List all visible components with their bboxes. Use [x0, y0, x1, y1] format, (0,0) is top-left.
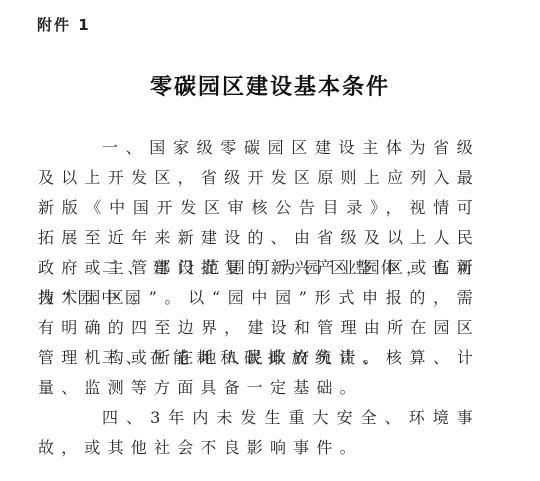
attachment-label: 附件 1	[37, 14, 91, 35]
paragraph-3: 三、在能耗和碳排放统计、核算、计量、监测等方面具备一定基础。	[38, 343, 480, 403]
document-title: 零碳园区建设基本条件	[0, 70, 540, 101]
paragraph-4: 四、3年内未发生重大安全、环境事故，或其他社会不良影响事件。	[38, 403, 480, 463]
